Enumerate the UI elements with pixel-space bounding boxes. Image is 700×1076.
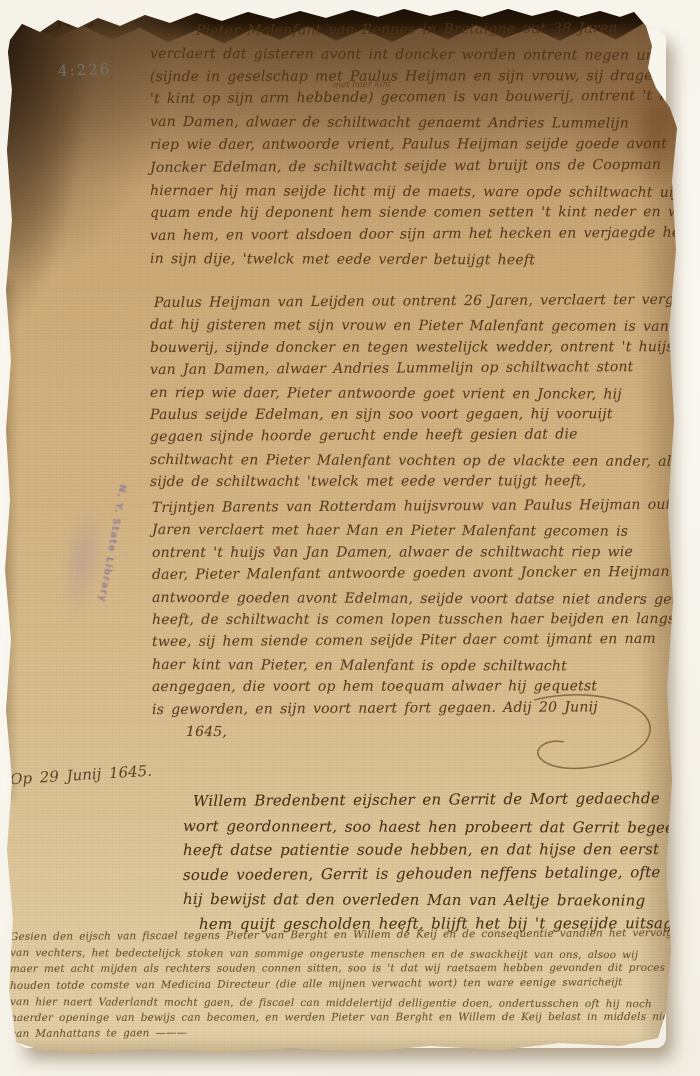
manuscript-line: Trijntjen Barents van Rotterdam huijsvro… [152,494,700,520]
manuscript-line: Willem Bredenbent eijscher en Gerrit de … [193,786,694,814]
manuscript-line: van Jan Damen, alwaer Andries Lummelijn … [150,356,700,382]
manuscript-line: Joncker Edelman, de schiltwacht seijde w… [150,153,700,179]
manuscript-line: verclaert dat gisteren avont int doncker… [150,43,700,68]
left-edge-shading [0,280,18,800]
fiscal-resolution-paragraph: Gesien den eijsch van fiscael tegens Pie… [10,929,700,1042]
manuscript-line: Paulus Heijman van Leijden out ontrent 2… [154,288,700,314]
deposition-paragraph-heijman: Paulus Heijman van Leijden out ontrent 2… [150,292,700,494]
manuscript-line: heeft datse patientie soude hebben, en d… [183,837,694,862]
manuscript-line: 't kint op sijn arm hebbende) gecomen is… [150,85,700,111]
manuscript-line: van hem, en voort alsdoen door sijn arm … [150,222,700,248]
manuscript-line: hij bewijst dat den overleden Man van Ae… [183,887,694,913]
manuscript-scan: 20 Junij 4:226 met haer kint Pieter Male… [0,0,700,1076]
manuscript-line: van Manhattans te gaen ——— [10,1022,700,1042]
pen-flourish [520,688,670,783]
court-order-paragraph: Willem Bredenbent eijscher en Gerrit de … [183,789,694,937]
manuscript-line: in sijn dije, 'twelck met eede verder be… [150,248,700,273]
manuscript-line: Jaren verclaert met haer Man en Pieter M… [152,519,700,543]
manuscript-page: 20 Junij 4:226 met haer kint Pieter Male… [0,0,700,1076]
manuscript-line: daer, Pieter Malenfant antwoorde goeden … [152,561,700,587]
manuscript-line: gegaen sijnde hoorde gerucht ende heeft … [150,423,700,449]
manuscript-line: wort geordonneert, soo haest hen probeer… [183,814,694,840]
interline-insertion: met haer kint [333,79,391,90]
deposition-paragraph-malenfant: Pieter Malenfant van Rennes in Bretaigne… [150,20,700,271]
manuscript-line: houden totde comste van Medicina Directe… [10,973,700,993]
manuscript-line: sijde de schiltwacht 'twelck met eede ve… [150,470,700,493]
manuscript-line: Pieter Malenfant van Rennes in Bretaigne… [196,17,700,43]
archive-number-pencil: 4:226 [58,60,112,80]
manuscript-line: twee, sij hem siende comen seijde Piter … [152,628,700,654]
manuscript-line: soude voederen, Gerrit is gehouden neffe… [183,860,694,888]
manuscript-line: Gesien den eijsch van fiscael tegens Pie… [10,925,700,945]
margin-session-date: Op 29 Junij 1645. [10,762,153,789]
